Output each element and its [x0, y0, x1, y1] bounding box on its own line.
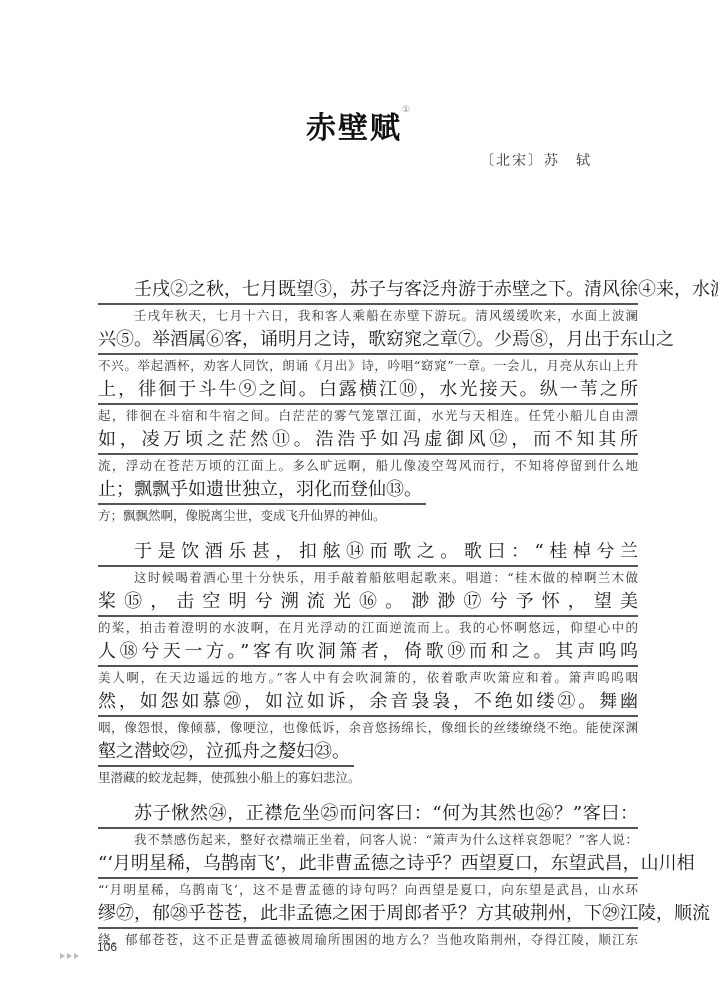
original-text-line: “‘月明星稀，乌鹊南飞’，此非曹孟德之诗乎？西望夏口，东望武昌，山川相 — [98, 852, 638, 879]
translation-text-line: 咽，像怨恨，像倾慕，像哽泣，也像低诉，余音悠扬绵长，像细长的丝缕缭绕不绝。能使深… — [98, 717, 638, 736]
original-text-line: 缪㉗，郁㉘乎苍苍，此非孟德之困于周郎者乎？方其破荆州，下㉙江陵，顺流 — [98, 902, 638, 929]
translation-text-line: 起，徘徊在斗宿和牛宿之间。白茫茫的雾气笼罩江面，水光与天相连。任凭小船儿自由漂 — [98, 405, 638, 424]
page-number: 106 — [97, 940, 117, 954]
title-footnote-marker: ① — [402, 105, 412, 115]
text-body: 壬戌②之秋，七月既望③，苏子与客泛舟游于赤壁之下。清风徐④来，水波不壬戌年秋天，… — [98, 278, 638, 952]
translation-text-line: 的桨，拍击着澄明的水波啊，在月光浮动的江面逆流而上。我的心怀啊悠远，仰望心中的 — [98, 617, 638, 636]
original-text-line: 如，凌万顷之茫然⑪。浩浩乎如冯虚御风⑫，而不知其所 — [98, 428, 638, 455]
original-text-line: 兴⑤。举酒属⑥客，诵明月之诗，歌窈窕之章⑦。少焉⑧，月出于东山之 — [98, 328, 638, 355]
original-text-line: 桨⑮，击空明兮溯流光⑯。渺渺⑰兮予怀，望美 — [98, 590, 638, 617]
translation-text-line: 方；飘飘然啊，像脱离尘世，变成飞升仙界的神仙。 — [98, 505, 638, 524]
document-page: 赤壁赋① 〔北宋〕苏 轼 壬戌②之秋，七月既望③，苏子与客泛舟游于赤壁之下。清风… — [0, 0, 718, 992]
translation-text-line: 里潜藏的蛟龙起舞，使孤独小船上的寡妇悲泣。 — [98, 767, 638, 786]
translation-text-line: 壬戌年秋天，七月十六日，我和客人乘船在赤壁下游玩。清风缓缓吹来，水面上波澜 — [98, 305, 638, 324]
author-line: 〔北宋〕苏 轼 — [480, 150, 592, 170]
original-text-line: 止；飘飘乎如遗世独立，羽化而登仙⑬。 — [98, 478, 426, 505]
translation-text-line: “‘月明星稀，乌鹊南飞’，这不是曹孟德的诗句吗？向西望是夏口，向东望是武昌，山水… — [98, 879, 638, 898]
original-text-line: 然，如怨如慕⑳，如泣如诉，余音袅袅，不绝如缕㉑。舞幽 — [98, 690, 638, 717]
paragraph-gap — [98, 528, 638, 540]
title-text: 赤壁赋 — [306, 111, 402, 146]
page-title: 赤壁赋① — [0, 103, 718, 147]
original-text-line: 壬戌②之秋，七月既望③，苏子与客泛舟游于赤壁之下。清风徐④来，水波不 — [98, 278, 638, 305]
original-text-line: 苏子愀然㉔，正襟危坐㉕而问客曰：“何为其然也㉖？”客曰： — [98, 802, 638, 829]
translation-text-line: 这时候喝着酒心里十分快乐，用手敲着船舷唱起歌来。唱道：“桂木做的棹啊兰木做 — [98, 567, 638, 586]
translation-text-line: 不兴。举起酒杯，劝客人同饮，朗诵《月出》诗，吟唱“窈窕”一章。一会儿，月亮从东山… — [98, 355, 638, 374]
triple-arrow-right-icon — [60, 944, 88, 950]
translation-text-line: 美人啊，在天边遥远的地方。”客人中有会吹洞箫的，依着歌声吹箫应和着。箫声呜呜咽 — [98, 667, 638, 686]
original-text-line: 壑之潜蛟㉒，泣孤舟之嫠妇㉓。 — [98, 740, 354, 767]
translation-text-line: 我不禁感伤起来，整好衣襟端正坐着，问客人说：“箫声为什么这样哀怨呢？”客人说： — [98, 829, 638, 848]
translation-text-line: 绕，郁郁苍苍，这不正是曹孟德被周瑜所围困的地方么？当他攻陷荆州，夺得江陵，顺江东 — [98, 929, 638, 948]
translation-text-line: 流，浮动在苍茫万顷的江面上。多么旷远啊，船儿像凌空驾风而行，不知将停留到什么地 — [98, 455, 638, 474]
original-text-line: 人⑱兮天一方。”客有吹洞箫者，倚歌⑲而和之。其声呜呜 — [98, 640, 638, 667]
original-text-line: 上，徘徊于斗牛⑨之间。白露横江⑩，水光接天。纵一苇之所 — [98, 378, 638, 405]
paragraph-gap — [98, 790, 638, 802]
original-text-line: 于是饮酒乐甚，扣舷⑭而歌之。歌曰：“桂棹兮兰 — [98, 540, 638, 567]
